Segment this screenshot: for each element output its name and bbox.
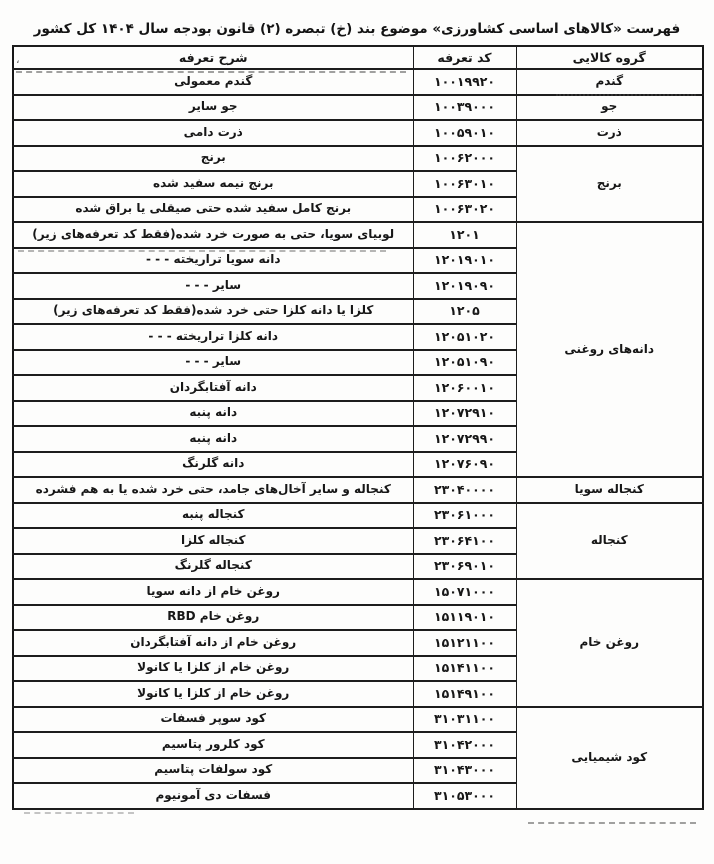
tariff-code-cell: ۱۲۰۵۱۰۲۰ xyxy=(413,324,516,350)
commodity-group-cell: کنجاله xyxy=(516,503,703,580)
commodity-group-cell: کود شیمیایی xyxy=(516,707,703,809)
commodity-group-cell: دانه‌های روغنی xyxy=(516,222,703,477)
code-header-cell: کد تعرفه xyxy=(413,46,516,69)
table-row: کود شیمیایی ۳۱۰۳۱۱۰۰ کود سوپر فسفات xyxy=(13,707,703,733)
commodity-group-cell: جو xyxy=(516,95,703,121)
tariff-code-cell: ۲۳۰۴۰۰۰۰ xyxy=(413,477,516,503)
tariff-code-cell: ۱۵۱۴۱۱۰۰ xyxy=(413,656,516,682)
tariff-desc-cell: روغن خام از دانه آفتابگردان xyxy=(13,630,413,656)
tariff-code-cell: ۱۲۰۷۲۹۹۰ xyxy=(413,426,516,452)
tariff-desc-cell: دانه کلزا تراریخته - - - xyxy=(13,324,413,350)
tariff-code-cell: ۲۳۰۶۹۰۱۰ xyxy=(413,554,516,580)
tariff-desc-cell: کنجاله گلرنگ xyxy=(13,554,413,580)
tariff-desc-cell: کنجاله پنبه xyxy=(13,503,413,529)
table-row: روغن خام ۱۵۰۷۱۰۰۰ روغن خام از دانه سویا xyxy=(13,579,703,605)
tariff-desc-cell: کلزا یا دانه کلزا حتی خرد شده(فقط کد تعر… xyxy=(13,299,413,325)
tariff-desc-cell: سایر - - - xyxy=(13,350,413,376)
tariff-desc-cell: روغن خام از کلزا یا کانولا xyxy=(13,681,413,707)
tariff-desc-cell: دانه آفتابگردان xyxy=(13,375,413,401)
tariff-code-cell: ۱۵۱۱۹۰۱۰ xyxy=(413,605,516,631)
tariff-code-cell: ۱۵۰۷۱۰۰۰ xyxy=(413,579,516,605)
table-row: کنجاله سویا ۲۳۰۴۰۰۰۰ کنجاله و سایر آخال‌… xyxy=(13,477,703,503)
tariff-code-cell: ۱۲۰۱۹۰۱۰ xyxy=(413,248,516,274)
tariff-desc-cell: دانه پنبه xyxy=(13,426,413,452)
tariff-desc-cell: روغن خام RBD xyxy=(13,605,413,631)
tariff-code-cell: ۱۲۰۵ xyxy=(413,299,516,325)
scan-artifact-line xyxy=(528,822,696,824)
page-title: فهرست «کالاهای اساسی کشاورزی» موضوع بند … xyxy=(0,21,714,37)
commodity-group-cell: کنجاله سویا xyxy=(516,477,703,503)
scanned-document-page: فهرست «کالاهای اساسی کشاورزی» موضوع بند … xyxy=(0,0,714,864)
group-header-cell: گروه کالایی xyxy=(516,46,703,69)
tariff-code-cell: ۲۳۰۶۱۰۰۰ xyxy=(413,503,516,529)
tariff-code-cell: ۲۳۰۶۴۱۰۰ xyxy=(413,528,516,554)
header-row: گروه کالایی کد تعرفه شرح تعرفه xyxy=(13,46,703,69)
tariff-code-cell: ۱۵۱۲۱۱۰۰ xyxy=(413,630,516,656)
table-body: گندم ۱۰۰۱۹۹۲۰ گندم معمولی جو ۱۰۰۳۹۰۰۰ جو… xyxy=(13,69,703,809)
table-row: کنجاله ۲۳۰۶۱۰۰۰ کنجاله پنبه xyxy=(13,503,703,529)
tariff-desc-cell: کود سولفات پتاسیم xyxy=(13,758,413,784)
tariff-code-cell: ۱۰۰۳۹۰۰۰ xyxy=(413,95,516,121)
tariff-code-cell: ۱۲۰۱۹۰۹۰ xyxy=(413,273,516,299)
tariff-desc-cell: کنجاله و سایر آخال‌های جامد، حتی خرد شده… xyxy=(13,477,413,503)
tariff-desc-cell: لوبیای سویا، حتی به صورت خرد شده(فقط کد … xyxy=(13,222,413,248)
table-header: گروه کالایی کد تعرفه شرح تعرفه xyxy=(13,46,703,69)
tariff-desc-cell: فسفات دی آمونیوم xyxy=(13,783,413,809)
table-row: برنج ۱۰۰۶۲۰۰۰ برنج xyxy=(13,146,703,172)
tariff-code-cell: ۱۲۰۱ xyxy=(413,222,516,248)
tariff-code-cell: ۱۰۰۶۲۰۰۰ xyxy=(413,146,516,172)
commodity-group-cell: گندم xyxy=(516,69,703,95)
tariff-code-cell: ۱۰۰۱۹۹۲۰ xyxy=(413,69,516,95)
tariff-desc-cell: دانه گلرنگ xyxy=(13,452,413,478)
tariff-desc-cell: برنج کامل سفید شده حتی صیقلی یا براق شده xyxy=(13,197,413,223)
tariff-desc-cell: روغن خام از کلزا یا کانولا xyxy=(13,656,413,682)
tariff-code-cell: ۳۱۰۳۱۱۰۰ xyxy=(413,707,516,733)
table-row: گندم ۱۰۰۱۹۹۲۰ گندم معمولی xyxy=(13,69,703,95)
tariff-table: گروه کالایی کد تعرفه شرح تعرفه گندم ۱۰۰۱… xyxy=(12,45,704,810)
tariff-desc-cell: کنجاله کلزا xyxy=(13,528,413,554)
table-row: دانه‌های روغنی ۱۲۰۱ لوبیای سویا، حتی به … xyxy=(13,222,703,248)
tariff-code-cell: ۱۲۰۶۰۰۱۰ xyxy=(413,375,516,401)
table-row: ذرت ۱۰۰۵۹۰۱۰ ذرت دامی xyxy=(13,120,703,146)
tariff-code-cell: ۱۲۰۷۲۹۱۰ xyxy=(413,401,516,427)
commodity-group-cell: روغن خام xyxy=(516,579,703,707)
tariff-desc-cell: کود کلرور پتاسیم xyxy=(13,732,413,758)
table-row: جو ۱۰۰۳۹۰۰۰ جو سایر xyxy=(13,95,703,121)
tariff-desc-cell: دانه سویا تراریخته - - - xyxy=(13,248,413,274)
tariff-desc-cell: سایر - - - xyxy=(13,273,413,299)
tariff-code-cell: ۱۵۱۴۹۱۰۰ xyxy=(413,681,516,707)
tariff-code-cell: ۱۰۰۶۳۰۱۰ xyxy=(413,171,516,197)
commodity-group-cell: برنج xyxy=(516,146,703,223)
tariff-desc-cell: برنج نیمه سفید شده xyxy=(13,171,413,197)
tariff-code-cell: ۱۲۰۷۶۰۹۰ xyxy=(413,452,516,478)
desc-header-cell: شرح تعرفه xyxy=(13,46,413,69)
tariff-desc-cell: گندم معمولی xyxy=(13,69,413,95)
tariff-desc-cell: دانه پنبه xyxy=(13,401,413,427)
tariff-desc-cell: برنج xyxy=(13,146,413,172)
tariff-code-cell: ۱۲۰۵۱۰۹۰ xyxy=(413,350,516,376)
scan-artifact-line xyxy=(24,812,134,814)
tariff-desc-cell: روغن خام از دانه سویا xyxy=(13,579,413,605)
tariff-code-cell: ۳۱۰۴۳۰۰۰ xyxy=(413,758,516,784)
tariff-code-cell: ۳۱۰۵۳۰۰۰ xyxy=(413,783,516,809)
tariff-code-cell: ۳۱۰۴۲۰۰۰ xyxy=(413,732,516,758)
tariff-desc-cell: ذرت دامی xyxy=(13,120,413,146)
commodity-group-cell: ذرت xyxy=(516,120,703,146)
tariff-code-cell: ۱۰۰۵۹۰۱۰ xyxy=(413,120,516,146)
tariff-desc-cell: جو سایر xyxy=(13,95,413,121)
tariff-desc-cell: کود سوپر فسفات xyxy=(13,707,413,733)
tariff-code-cell: ۱۰۰۶۳۰۲۰ xyxy=(413,197,516,223)
